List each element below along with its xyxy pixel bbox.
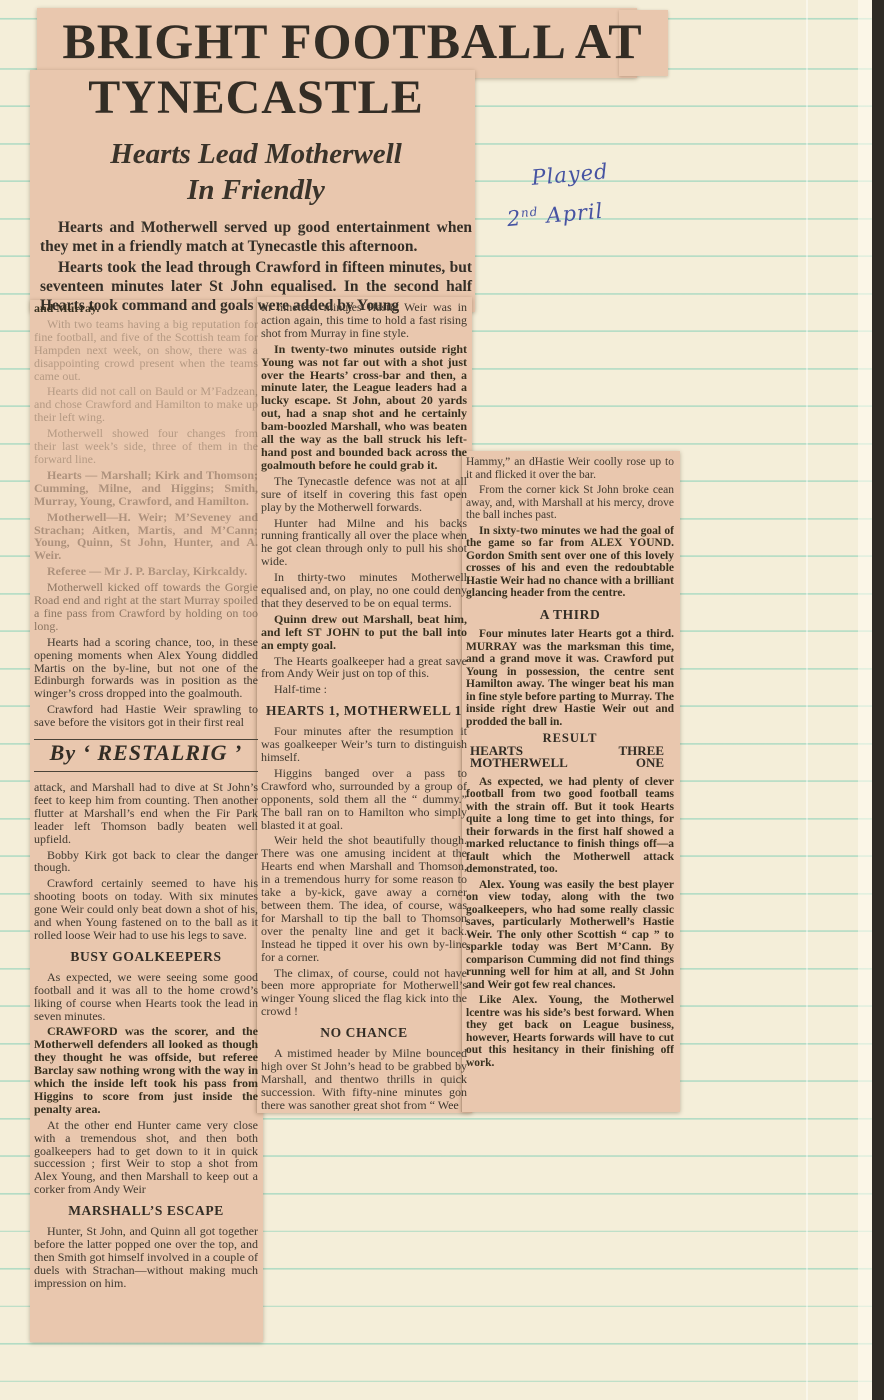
column-subheading: MARSHALL’S ESCAPE [34, 1205, 258, 1218]
paragraph: Quinn drew out Marshall, beat him, and l… [261, 613, 467, 652]
paragraph: Bobby Kirk got back to clear the danger … [34, 849, 258, 875]
paragraph: A mistimed header by Milne bounced high … [261, 1047, 467, 1111]
paragraph: Higgins banged over a pass to Crawford w… [261, 767, 467, 832]
column-subheading: HEARTS 1, MOTHERWELL 1 [261, 705, 467, 718]
paragraph: Hearts had a scoring chance, too, in the… [34, 636, 258, 701]
paragraph: Like Alex. Young, the Motherwel lcentre … [466, 994, 674, 1069]
headline-line1: BRIGHT FOOTBALL AT [37, 12, 668, 70]
paragraph: and Murray. [34, 302, 258, 315]
result-row: MOTHERWELLONE [466, 757, 674, 770]
paper-edge [858, 0, 872, 1400]
column-subheading: BUSY GOALKEEPERS [34, 951, 258, 964]
byline-box: By ‘ RESTALRIG ’ [34, 739, 258, 772]
article-column-left: and Murray.With two teams having a big r… [34, 302, 258, 1340]
paragraph: At the other end Hunter came very close … [34, 1119, 258, 1196]
lead-paragraph-1: Hearts and Motherwell served up good ent… [40, 218, 472, 256]
paragraph: Half-time : [261, 683, 467, 696]
article-column-middle: In nineteen minutes Hastie Weir was in a… [261, 301, 467, 1111]
paragraph: In nineteen minutes Hastie Weir was in a… [261, 301, 467, 340]
paragraph: From the corner kick St John broke cean … [466, 484, 674, 522]
paragraph: CRAWFORD was the scorer, and the Motherw… [34, 1025, 258, 1115]
paragraph: With two teams having a big reputation f… [34, 318, 258, 383]
subheadline: Hearts Lead Motherwell In Friendly [37, 136, 475, 208]
subheadline-line1: Hearts Lead Motherwell [37, 136, 475, 172]
paragraph: Crawford certainly seemed to have his sh… [34, 877, 258, 942]
byline-text: By ‘ RESTALRIG ’ [50, 740, 243, 765]
article-column-right: Hammy,” an dHastie Weir coolly rose up t… [466, 456, 674, 1110]
paragraph: As expected, we were seeing some good fo… [34, 971, 258, 1023]
result-block: RESULTHEARTSTHREEMOTHERWELLONE [466, 732, 674, 770]
paragraph: The climax, of course, could not have be… [261, 967, 467, 1019]
paragraph: Motherwell—H. Weir; M’Seveney and Strach… [34, 511, 258, 563]
paragraph: Hammy,” an dHastie Weir coolly rose up t… [466, 456, 674, 481]
paragraph: Weir held the shot beautifully though. T… [261, 834, 467, 963]
paragraph: Four minutes after the resumption it was… [261, 725, 467, 764]
paragraph: Hunter, St John, and Quinn all got toget… [34, 1225, 258, 1290]
paragraph: Referee — Mr J. P. Barclay, Kirkcaldy. [34, 565, 258, 578]
paragraph: In sixty-two minutes we had the goal of … [466, 525, 674, 600]
paragraph: Hearts did not call on Bauld or M’Fadzea… [34, 385, 258, 424]
paragraph: In twenty-two minutes outside right Youn… [261, 343, 467, 472]
paragraph: Hunter had Milne and his backs running f… [261, 517, 467, 569]
paragraph: Hearts — Marshall; Kirk and Thomson; Cum… [34, 469, 258, 508]
column-subheading: NO CHANCE [261, 1027, 467, 1040]
paragraph: Motherwell kicked off towards the Gorgie… [34, 581, 258, 633]
paragraph: The Tynecastle defence was not at all su… [261, 475, 467, 514]
paragraph: In thirty-two minutes Motherwell equalis… [261, 571, 467, 610]
subheadline-line2: In Friendly [37, 172, 475, 208]
paragraph: Motherwell showed four changes from thei… [34, 427, 258, 466]
paper-crease [806, 0, 808, 1400]
paragraph: Four minutes later Hearts got a third. M… [466, 628, 674, 728]
paragraph: Alex. Young was easily the best player o… [466, 879, 674, 992]
paragraph: As expected, we had plenty of clever foo… [466, 776, 674, 876]
headline-line2: TYNECASTLE [37, 70, 475, 126]
paragraph: The Hearts goalkeeper had a great save f… [261, 655, 467, 681]
paragraph: Crawford had Hastie Weir sprawling to sa… [34, 703, 258, 729]
paragraph: attack, and Marshall had to dive at St J… [34, 781, 258, 846]
column-subheading: A THIRD [466, 609, 674, 622]
